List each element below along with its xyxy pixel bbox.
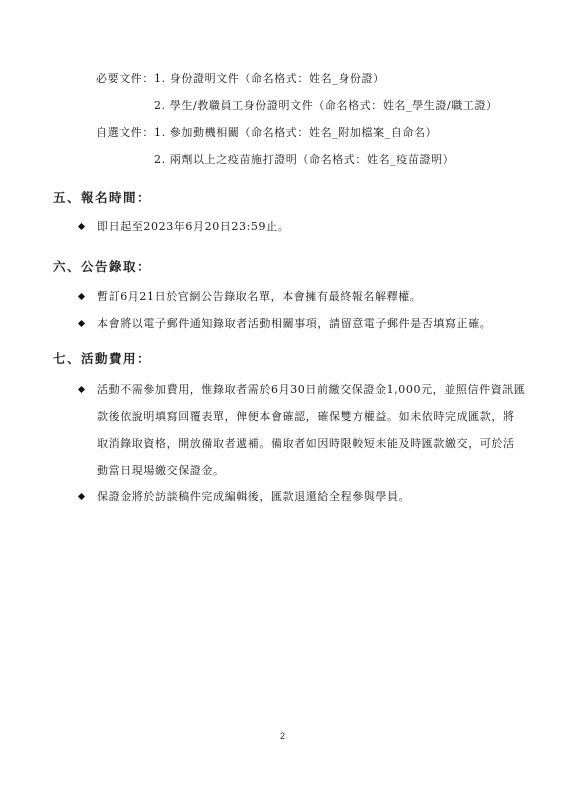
bullet-diamond-icon (78, 293, 85, 300)
optional-doc-2: 2. 兩劑以上之疫苗施打證明（命名格式：姓名_疫苗證明） (154, 153, 454, 167)
fee-text-line-4: 動當日現場繳交保證金。 (97, 464, 225, 478)
section-title-admission-announcement: 六、公告錄取： (53, 259, 151, 275)
section-title-activity-fee: 七、活動費用： (53, 351, 151, 367)
required-doc-1: 1. 身份證明文件（命名格式：姓名_身份證） (154, 72, 385, 86)
bullet-diamond-icon (78, 223, 85, 230)
bullet-diamond-icon (78, 386, 85, 393)
fee-text-line-2: 款後依說明填寫回覆表單，俾便本會確認，確保雙方權益。如未依時完成匯款，將 (97, 410, 515, 424)
deposit-refund-text: 保證金將於訪談稿件完成編輯後，匯款退還給全程參與學員。 (97, 490, 410, 504)
page-number: 2 (280, 731, 285, 741)
section-title-registration-time: 五、報名時間： (53, 190, 151, 206)
optional-docs-label: 自選文件： (96, 126, 154, 140)
announcement-text-1: 暫訂6月21日於官網公告錄取名單，本會擁有最終報名解釋權。 (97, 290, 421, 304)
fee-text-line-3: 取消錄取資格，開放備取者遞補。備取者如因時限較短未能及時匯款繳交，可於活 (97, 437, 515, 451)
required-docs-label: 必要文件： (96, 72, 154, 86)
bullet-diamond-icon (78, 493, 85, 500)
registration-time-text: 即日起至2023年6月20日23:59止。 (97, 220, 289, 234)
announcement-text-2: 本會將以電子郵件通知錄取者活動相關事項，請留意電子郵件是否填寫正確。 (97, 317, 491, 331)
optional-doc-1: 1. 參加動機相關（命名格式：姓名_附加檔案_自命名） (154, 126, 437, 140)
bullet-diamond-icon (78, 320, 85, 327)
fee-text-line-1: 活動不需參加費用，惟錄取者需於6月30日前繳交保證金1,000元，並照信件資訊匯 (97, 383, 525, 397)
required-doc-2: 2. 學生/教職員工身份證明文件（命名格式：姓名_學生證/職工證） (154, 99, 498, 113)
